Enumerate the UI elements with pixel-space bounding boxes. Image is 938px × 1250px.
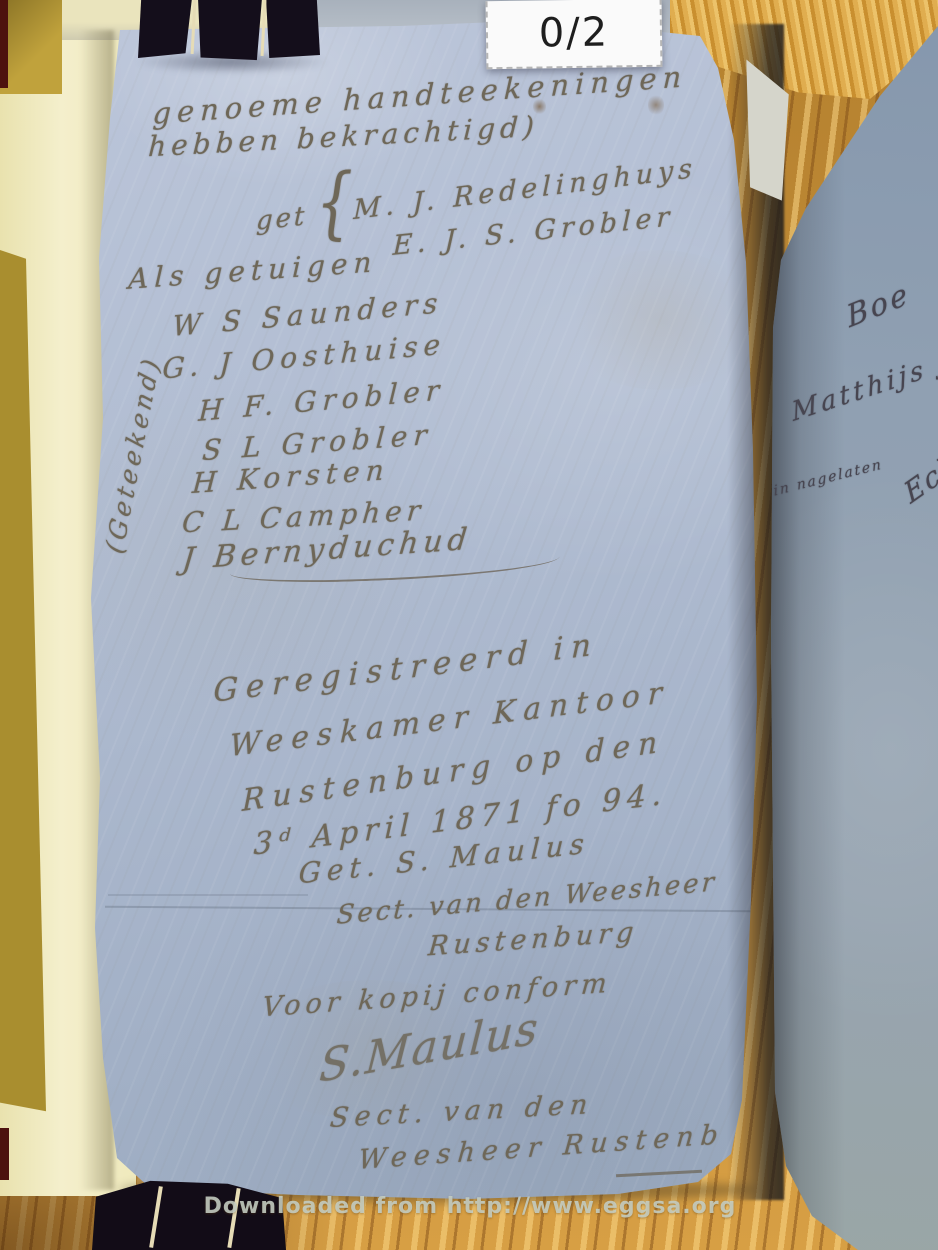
clip-highlight (149, 1186, 163, 1248)
hw-brace: { (316, 156, 353, 248)
archive-photo: genoeme handteekeningen hebben bekrachti… (0, 0, 938, 1250)
binder-clip-top (0, 0, 938, 100)
clip-highlight (191, 0, 197, 54)
page-crease (108, 894, 308, 896)
clip-prong (266, 0, 320, 58)
watermark-text: Downloaded from http://www.eggsa.org (165, 1194, 775, 1219)
clip-prong (198, 0, 262, 62)
clip-highlight (261, 0, 267, 56)
clip-prong (138, 0, 192, 58)
hw-get-abbrev: get (256, 201, 308, 237)
red-book-edge-bottom (0, 1128, 9, 1180)
